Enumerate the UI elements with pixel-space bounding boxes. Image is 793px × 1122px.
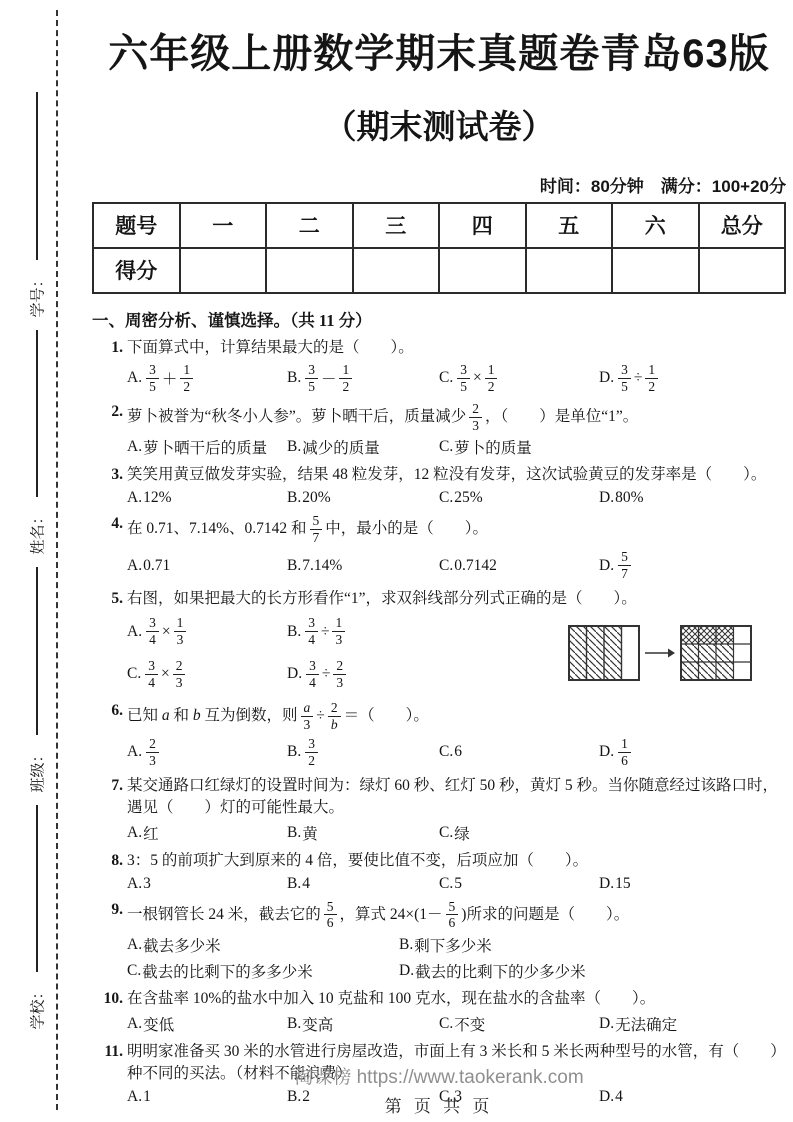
question-text-run: 萝卜被誉为“秋冬小人参”。萝卜晒干后，质量减少 — [127, 408, 466, 425]
question-text: 8.3：5 的前项扩大到原来的 4 倍，要使比值不变，后项应加（ ）。 — [92, 850, 786, 872]
options-grid: A.34×13B.34÷13C.34×23D.34÷23 — [127, 615, 568, 691]
option-label: C. — [439, 489, 453, 507]
question-text-run: 3 — [143, 875, 151, 893]
answer-option: A.红 — [127, 822, 287, 844]
page-title: 六年级上册数学期末真题卷青岛63版 — [92, 32, 786, 77]
fill-in-line — [36, 92, 38, 260]
question-text: 9.一根钢管长 24 米，截去它的56，算式 24×(1－56)所求的问题是（ … — [92, 899, 786, 932]
option-label: A. — [127, 1015, 142, 1033]
fraction-numerator: 3 — [146, 615, 159, 632]
question-text-run: 7.14% — [302, 557, 342, 575]
question-text-run: 笑笑用黄豆做发芽实验，结果 48 粒发芽，12 粒没有发芽，这次试验黄豆的发芽率… — [127, 466, 766, 483]
watermark-site-link: 淘课榜 https://www.taokerank.com — [92, 1062, 786, 1089]
variable-letter: a — [162, 707, 170, 724]
answer-option: B.20% — [287, 489, 439, 507]
question-text-run: 红 — [143, 822, 159, 844]
answer-option: A.0.71 — [127, 557, 287, 575]
question-text-run: 萝卜晒干后的质量 — [143, 436, 267, 458]
fraction: 32 — [305, 736, 318, 769]
sidebar-field-label: 学号： — [16, 268, 58, 322]
answer-option: D.15 — [599, 875, 786, 893]
fraction-numerator: 3 — [305, 362, 318, 379]
option-label: D. — [287, 665, 302, 683]
fraction-denominator: 3 — [173, 675, 186, 691]
fraction-denominator: 3 — [301, 717, 314, 733]
answer-option: C.34×23 — [127, 658, 287, 691]
sidebar-field-label: 班级： — [16, 743, 58, 797]
fraction-numerator: 2 — [328, 700, 341, 717]
question-number: 8. — [96, 850, 123, 872]
score-table: 题号一二三四五六总分得分 — [92, 202, 786, 294]
fraction-denominator: 2 — [180, 379, 193, 395]
question-text-run: )所求的问题是（ ）。 — [461, 906, 629, 923]
fraction-numerator: 5 — [618, 549, 631, 566]
answer-option: A.23 — [127, 736, 287, 769]
option-label: D. — [599, 369, 614, 387]
question-number: 4. — [96, 513, 123, 535]
question-text: 2.萝卜被誉为“秋冬小人参”。萝卜晒干后，质量减少23，（ ）是单位“1”。 — [92, 401, 786, 434]
fraction-numerator: 3 — [457, 362, 470, 379]
answer-option: D.57 — [599, 549, 786, 582]
answer-option: B.32 — [287, 736, 439, 769]
question-text-run: 黄 — [302, 822, 318, 844]
fraction-denominator: 3 — [146, 753, 159, 769]
fraction: 34 — [145, 658, 158, 691]
question-text-run: 0.71 — [143, 557, 170, 575]
fraction: 56 — [446, 899, 459, 932]
question-text-run: 截去的比剩下的多多少米 — [142, 960, 313, 982]
fraction-numerator: 1 — [618, 736, 631, 753]
fraction-numerator: 5 — [324, 899, 337, 916]
fraction-numerator: 1 — [174, 615, 187, 632]
answer-option: C.0.7142 — [439, 557, 599, 575]
question-number: 3. — [96, 464, 123, 486]
fraction-numerator: 1 — [485, 362, 498, 379]
option-label: B. — [287, 875, 301, 893]
fraction: 35 — [457, 362, 470, 395]
fraction-denominator: 6 — [324, 915, 337, 931]
question-text: 7.某交通路口红绿灯的设置时间为：绿灯 60 秒、红灯 50 秒，黄灯 5 秒。… — [92, 775, 786, 819]
score-cell — [266, 248, 353, 293]
options-grid: A.3B.4C.5D.15 — [127, 875, 786, 893]
fraction-numerator: 1 — [645, 362, 658, 379]
fraction: 12 — [645, 362, 658, 395]
option-label: B. — [287, 1015, 301, 1033]
question-text-run: 一根钢管长 24 米，截去它的 — [127, 906, 321, 923]
fraction: 35 — [305, 362, 318, 395]
fraction: 35 — [146, 362, 159, 395]
fraction: 34 — [305, 615, 318, 648]
page-footer: 淘课榜 https://www.taokerank.com 第 页 共 页 — [92, 1062, 786, 1117]
main-content: 六年级上册数学期末真题卷青岛63版 （期末测试卷） 时间：80分钟 满分：100… — [92, 14, 786, 1109]
fraction: 23 — [146, 736, 159, 769]
answer-option: D.截去的比剩下的少多少米 — [399, 960, 786, 982]
option-label: C. — [439, 743, 453, 761]
question-text-run: － — [321, 367, 337, 389]
question-text-run: 和 — [170, 707, 193, 724]
fraction-denominator: 3 — [332, 632, 345, 648]
fraction-numerator: 2 — [333, 658, 346, 675]
score-table-header-cell: 题号 — [93, 203, 180, 248]
option-label: B. — [399, 936, 413, 954]
question-text-run: ，算式 24×(1－ — [340, 906, 443, 923]
fraction-denominator: 2 — [339, 379, 352, 395]
question-text-run: × — [473, 369, 482, 387]
options-grid: A.12%B.20%C.25%D.80% — [127, 489, 786, 507]
variable-letter: b — [193, 707, 201, 724]
fraction: 23 — [469, 401, 482, 434]
score-cell — [180, 248, 267, 293]
fraction-denominator: 2 — [645, 379, 658, 395]
option-label: C. — [439, 824, 453, 842]
answer-option: B.7.14% — [287, 557, 439, 575]
question: 1.下面算式中，计算结果最大的是（ ）。A.35＋12B.35－12C.35×1… — [92, 337, 786, 395]
question-text-run: 萝卜的质量 — [454, 436, 532, 458]
fraction-numerator: a — [301, 700, 314, 717]
fraction: 23 — [333, 658, 346, 691]
question-text-run: ＋ — [162, 367, 178, 389]
answer-option: A.萝卜晒干后的质量 — [127, 436, 287, 458]
fraction-numerator: 3 — [618, 362, 631, 379]
option-label: D. — [599, 743, 614, 761]
fraction: 12 — [485, 362, 498, 395]
question-text-run: 80% — [615, 489, 643, 507]
answer-option: B.黄 — [287, 822, 439, 844]
question-text-run: 12% — [143, 489, 171, 507]
question-text-run: 中，最小的是（ ）。 — [325, 520, 488, 537]
fill-in-line — [36, 330, 38, 498]
question: 5.右图，如果把最大的长方形看作“1”，求双斜线部分列式正确的是（ ）。A.34… — [92, 588, 786, 694]
answer-option: C.不变 — [439, 1013, 599, 1035]
page-subtitle: （期末测试卷） — [92, 101, 786, 148]
fraction-denominator: 4 — [146, 632, 159, 648]
option-label: B. — [287, 438, 301, 456]
question-text-run: ÷ — [321, 623, 330, 641]
option-label: B. — [287, 623, 301, 641]
options-grid: A.35＋12B.35－12C.35×12D.35÷12 — [127, 362, 786, 395]
fraction-numerator: 3 — [146, 362, 159, 379]
fraction-numerator: 2 — [146, 736, 159, 753]
option-label: C. — [439, 875, 453, 893]
fraction-denominator: 5 — [305, 379, 318, 395]
question: 2.萝卜被誉为“秋冬小人参”。萝卜晒干后，质量减少23，（ ）是单位“1”。A.… — [92, 401, 786, 459]
answer-option: C.截去的比剩下的多多少米 — [127, 960, 399, 982]
fraction: 13 — [332, 615, 345, 648]
question-text-run: 已知 — [127, 707, 162, 724]
option-label: A. — [127, 557, 142, 575]
question-text-run: × — [162, 623, 171, 641]
option-label: B. — [287, 743, 301, 761]
answer-option: A.3 — [127, 875, 287, 893]
question-text-run: 减少的质量 — [302, 436, 380, 458]
answer-option: A.变低 — [127, 1013, 287, 1035]
fraction-denominator: 5 — [457, 379, 470, 395]
option-label: A. — [127, 489, 142, 507]
fraction-numerator: 1 — [339, 362, 352, 379]
question-text-run: 剩下多少米 — [414, 934, 492, 956]
question-text-run: 5 — [454, 875, 462, 893]
fraction: 13 — [174, 615, 187, 648]
fraction: 57 — [618, 549, 631, 582]
answer-option: C.萝卜的质量 — [439, 436, 599, 458]
answer-option: B.4 — [287, 875, 439, 893]
question-text-run: 下面算式中，计算结果最大的是（ ）。 — [127, 339, 414, 356]
question-text: 6.已知 a 和 b 互为倒数，则a3÷2b＝（ ）。 — [92, 700, 786, 733]
question: 3.笑笑用黄豆做发芽实验，结果 48 粒发芽，12 粒没有发芽，这次试验黄豆的发… — [92, 464, 786, 507]
fraction: 56 — [324, 899, 337, 932]
option-label: A. — [127, 623, 142, 641]
answer-option: A.12% — [127, 489, 287, 507]
score-cell — [526, 248, 613, 293]
question-text-run: ，（ ）是单位“1”。 — [485, 408, 638, 425]
score-cell — [353, 248, 440, 293]
fraction-numerator: 3 — [305, 615, 318, 632]
exam-paper-page: 学号：姓名：班级：学校： 六年级上册数学期末真题卷青岛63版 （期末测试卷） 时… — [0, 0, 793, 1122]
option-label: C. — [439, 438, 453, 456]
fraction-numerator: 2 — [469, 401, 482, 418]
partitioned-rectangle-diagram — [680, 625, 752, 681]
fraction: 35 — [618, 362, 631, 395]
fraction-numerator: 2 — [173, 658, 186, 675]
fraction-denominator: 2 — [305, 753, 318, 769]
fraction-denominator: 4 — [145, 675, 158, 691]
answer-option: A.截去多少米 — [127, 934, 399, 956]
answer-option: D.无法确定 — [599, 1013, 786, 1035]
fraction: 16 — [618, 736, 631, 769]
question: 8.3：5 的前项扩大到原来的 4 倍，要使比值不变，后项应加（ ）。A.3B.… — [92, 850, 786, 893]
question-text-run: 绿 — [454, 822, 470, 844]
score-table-header-cell: 六 — [612, 203, 699, 248]
option-label: A. — [127, 875, 142, 893]
fraction: 2b — [328, 700, 341, 733]
questions: 1.下面算式中，计算结果最大的是（ ）。A.35＋12B.35－12C.35×1… — [92, 337, 786, 1107]
fill-in-line — [36, 567, 38, 735]
question-number: 10. — [96, 988, 123, 1010]
option-label: D. — [599, 875, 614, 893]
question-number: 2. — [96, 401, 123, 423]
fraction-numerator: 5 — [446, 899, 459, 916]
fraction: 23 — [173, 658, 186, 691]
question-text-run: 6 — [454, 743, 462, 761]
question-body-row: A.34×13B.34÷13C.34×23D.34÷23 — [92, 612, 786, 694]
question-text-run: 15 — [615, 875, 631, 893]
fraction: 34 — [146, 615, 159, 648]
question-text-run: ＝（ ）。 — [344, 707, 429, 724]
fraction-denominator: 3 — [174, 632, 187, 648]
answer-option: D.80% — [599, 489, 786, 507]
question: 9.一根钢管长 24 米，截去它的56，算式 24×(1－56)所求的问题是（ … — [92, 899, 786, 983]
answer-option: D.35÷12 — [599, 362, 786, 395]
question-text-run: 3：5 的前项扩大到原来的 4 倍，要使比值不变，后项应加（ ）。 — [127, 852, 588, 869]
fraction-denominator: 7 — [618, 566, 631, 582]
section-heading: 一、周密分析、谨慎选择。（共 11 分） — [92, 307, 786, 331]
option-label: D. — [399, 962, 414, 980]
score-table-header-cell: 四 — [439, 203, 526, 248]
question-text: 1.下面算式中，计算结果最大的是（ ）。 — [92, 337, 786, 359]
option-label: C. — [439, 557, 453, 575]
question-number: 1. — [96, 337, 123, 359]
score-table-header-cell: 五 — [526, 203, 613, 248]
question-text-run: 互为倒数，则 — [201, 707, 298, 724]
score-cell — [612, 248, 699, 293]
question-number: 11. — [96, 1041, 123, 1063]
question-text-run: 4 — [302, 875, 310, 893]
student-info-sidebar: 学号：姓名：班级：学校： — [16, 84, 58, 1034]
question-text-run: 20% — [302, 489, 330, 507]
score-row-label-cell: 得分 — [93, 248, 180, 293]
answer-option: C.6 — [439, 743, 599, 761]
options-grid: A.变低B.变高C.不变D.无法确定 — [127, 1013, 786, 1035]
question-text: 4.在 0.71、7.14%、0.7142 和57中，最小的是（ ）。 — [92, 513, 786, 546]
fraction-numerator: 3 — [306, 658, 319, 675]
option-label: B. — [287, 557, 301, 575]
fraction-numerator: 3 — [305, 736, 318, 753]
option-label: B. — [287, 824, 301, 842]
question-text-run: 变低 — [143, 1013, 174, 1035]
page-number-line: 第 页 共 页 — [92, 1092, 786, 1117]
options-grid: A.萝卜晒干后的质量B.减少的质量C.萝卜的质量 — [127, 436, 786, 458]
option-label: C. — [439, 1015, 453, 1033]
option-label: C. — [439, 369, 453, 387]
question-number: 5. — [96, 588, 123, 610]
fraction-denominator: 4 — [306, 675, 319, 691]
option-label: A. — [127, 743, 142, 761]
question-text-run: 变高 — [302, 1013, 333, 1035]
answer-option: C.5 — [439, 875, 599, 893]
options-grid: A.23B.32C.6D.16 — [127, 736, 786, 769]
option-label: B. — [287, 489, 301, 507]
option-label: A. — [127, 824, 142, 842]
score-row: 得分 — [93, 248, 785, 293]
fraction: a3 — [301, 700, 314, 733]
option-label: C. — [127, 962, 141, 980]
whole-rectangle-diagram — [568, 625, 640, 681]
question-text-run: 截去多少米 — [143, 934, 221, 956]
fraction-model-diagram — [568, 625, 752, 681]
option-label: D. — [599, 489, 614, 507]
sidebar-field-label: 姓名： — [16, 505, 58, 559]
question-number: 7. — [96, 775, 123, 797]
fraction-denominator: 5 — [618, 379, 631, 395]
options-grid: A.截去多少米B.剩下多少米C.截去的比剩下的多多少米D.截去的比剩下的少多少米 — [127, 934, 786, 982]
question: 4.在 0.71、7.14%、0.7142 和57中，最小的是（ ）。A.0.7… — [92, 513, 786, 582]
fraction: 12 — [180, 362, 193, 395]
question-text: 10.在含盐率 10%的盐水中加入 10 克盐和 100 克水，现在盐水的含盐率… — [92, 988, 786, 1010]
question-number: 6. — [96, 700, 123, 722]
answer-option: B.35－12 — [287, 362, 439, 395]
option-label: D. — [599, 1015, 614, 1033]
answer-option: A.35＋12 — [127, 362, 287, 395]
question-text-run: 无法确定 — [615, 1013, 677, 1035]
fraction-numerator: 3 — [145, 658, 158, 675]
answer-option: B.34÷13 — [287, 615, 568, 648]
option-label: A. — [127, 438, 142, 456]
question: 10.在含盐率 10%的盐水中加入 10 克盐和 100 克水，现在盐水的含盐率… — [92, 988, 786, 1035]
fraction-denominator: 7 — [310, 530, 323, 546]
option-label: B. — [287, 369, 301, 387]
fraction: 57 — [310, 513, 323, 546]
fraction-numerator: 5 — [310, 513, 323, 530]
score-table-header-row: 题号一二三四五六总分 — [93, 203, 785, 248]
question-text-run: ÷ — [322, 665, 331, 683]
sidebar-field-label-text: 学号： — [27, 272, 48, 317]
answer-option: D.34÷23 — [287, 658, 568, 691]
question-text-run: ÷ — [316, 707, 325, 724]
question: 7.某交通路口红绿灯的设置时间为：绿灯 60 秒、红灯 50 秒，黄灯 5 秒。… — [92, 775, 786, 844]
question-text: 3.笑笑用黄豆做发芽实验，结果 48 粒发芽，12 粒没有发芽，这次试验黄豆的发… — [92, 464, 786, 486]
fraction-denominator: 4 — [305, 632, 318, 648]
fraction-denominator: b — [328, 717, 341, 733]
question-text-run: 在 0.71、7.14%、0.7142 和 — [127, 520, 307, 537]
answer-option: B.变高 — [287, 1013, 439, 1035]
option-label: C. — [127, 665, 141, 683]
options-grid: A.红B.黄C.绿 — [127, 822, 786, 844]
score-cell — [439, 248, 526, 293]
fraction-denominator: 3 — [333, 675, 346, 691]
question-text-run: 在含盐率 10%的盐水中加入 10 克盐和 100 克水，现在盐水的含盐率（ ）… — [127, 990, 655, 1007]
fill-in-line — [36, 805, 38, 973]
sidebar-field-label-text: 学校： — [27, 984, 48, 1029]
fraction-denominator: 6 — [618, 753, 631, 769]
answer-option: A.34×13 — [127, 615, 287, 648]
question-text-run: 0.7142 — [454, 557, 497, 575]
score-table-header-cell: 一 — [180, 203, 267, 248]
answer-option: C.25% — [439, 489, 599, 507]
option-label: D. — [599, 557, 614, 575]
fraction-numerator: 1 — [180, 362, 193, 379]
score-cell — [699, 248, 786, 293]
answer-option: B.减少的质量 — [287, 436, 439, 458]
score-table-header-cell: 二 — [266, 203, 353, 248]
fraction: 12 — [339, 362, 352, 395]
question-text-run: 某交通路口红绿灯的设置时间为：绿灯 60 秒、红灯 50 秒，黄灯 5 秒。当你… — [127, 777, 778, 816]
question-text-run: ÷ — [634, 369, 643, 387]
score-table-body: 题号一二三四五六总分得分 — [93, 203, 785, 293]
answer-option: C.绿 — [439, 822, 599, 844]
fraction-denominator: 3 — [469, 418, 482, 434]
fraction-numerator: 1 — [332, 615, 345, 632]
fraction: 34 — [306, 658, 319, 691]
fraction-denominator: 2 — [485, 379, 498, 395]
answer-option: D.16 — [599, 736, 786, 769]
option-label: A. — [127, 936, 142, 954]
time-score-info: 时间：80分钟 满分：100+20分 — [92, 172, 786, 197]
sidebar-field-label: 学校： — [16, 980, 58, 1034]
question-text-run: × — [161, 665, 170, 683]
fraction-denominator: 5 — [146, 379, 159, 395]
fraction-denominator: 6 — [446, 915, 459, 931]
question-text-run: 25% — [454, 489, 482, 507]
options-grid: A.0.71B.7.14%C.0.7142D.57 — [127, 549, 786, 582]
score-table-header-cell: 三 — [353, 203, 440, 248]
arrow-icon — [645, 647, 675, 659]
question-text-run: 右图，如果把最大的长方形看作“1”，求双斜线部分列式正确的是（ ）。 — [127, 590, 637, 607]
question-number: 9. — [96, 899, 123, 921]
sidebar-field-label-text: 班级： — [27, 747, 48, 792]
question-text-run: 不变 — [454, 1013, 485, 1035]
option-label: A. — [127, 369, 142, 387]
answer-option: C.35×12 — [439, 362, 599, 395]
sidebar-field-label-text: 姓名： — [27, 509, 48, 554]
answer-option: B.剩下多少米 — [399, 934, 786, 956]
score-table-header-cell: 总分 — [699, 203, 786, 248]
question-text: 5.右图，如果把最大的长方形看作“1”，求双斜线部分列式正确的是（ ）。 — [92, 588, 786, 610]
question: 6.已知 a 和 b 互为倒数，则a3÷2b＝（ ）。A.23B.32C.6D.… — [92, 700, 786, 769]
question-text-run: 截去的比剩下的少多少米 — [415, 960, 586, 982]
